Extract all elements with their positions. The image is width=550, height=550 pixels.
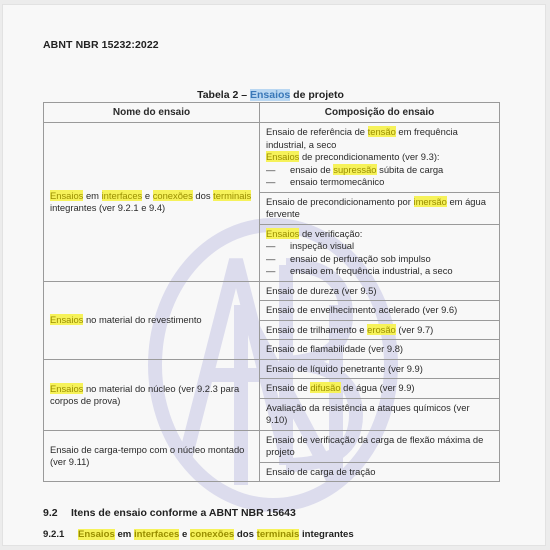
test-composition-cell: Ensaio de dureza (ver 9.5) [260, 281, 500, 301]
highlighted-term: Ensaios [78, 529, 115, 540]
highlighted-term: erosão [367, 324, 396, 335]
text-run: súbita de carga [377, 164, 444, 175]
composition-line: Ensaio de envelhecimento acelerado (ver … [266, 304, 493, 317]
section-title: Ensaios em interfaces e conexões dos ter… [78, 529, 354, 540]
highlighted-term: tensão [368, 126, 396, 137]
composition-line: Ensaio de flamabilidade (ver 9.8) [266, 343, 493, 356]
highlighted-term: Ensaios [50, 314, 83, 325]
highlighted-term: Ensaios [50, 190, 83, 201]
em-dash-bullet: — [266, 164, 290, 177]
text-run: Ensaio de trilhamento e [266, 324, 367, 335]
text-run: de verificação: [299, 228, 362, 239]
test-composition-cell: Ensaios de verificação:—inspeção visual—… [260, 224, 500, 281]
composition-line: Ensaio de difusão de água (ver 9.9) [266, 382, 493, 395]
dash-list-item: —inspeção visual [266, 240, 493, 253]
column-header-composition: Composição do ensaio [260, 103, 500, 123]
table-title: Tabela 2 – Ensaios de projeto [43, 89, 498, 101]
document-page: ABNT NBR 15232:2022 Tabela 2 – Ensaios d… [2, 4, 546, 546]
text-run: em [83, 190, 101, 201]
text-run: (ver 9.7) [396, 324, 434, 335]
table-body: Ensaios em interfaces e conexões dos ter… [44, 123, 500, 482]
test-composition-cell: Ensaio de envelhecimento acelerado (ver … [260, 301, 500, 321]
dash-list-item: —ensaio termomecânico [266, 176, 493, 189]
composition-line: Ensaios de verificação: [266, 228, 493, 241]
text-run: de água (ver 9.9) [341, 382, 415, 393]
highlighted-term: interfaces [102, 190, 143, 201]
text-run: ensaio de [290, 164, 333, 175]
highlighted-term: terminais [257, 529, 300, 540]
text-run: Ensaio de dureza (ver 9.5) [266, 285, 376, 296]
composition-line: Avaliação da resistência a ataques quími… [266, 402, 493, 427]
text-run: integrantes [299, 529, 353, 540]
text-run: Ensaio de flamabilidade (ver 9.8) [266, 343, 403, 354]
table-title-prefix: Tabela 2 – [197, 89, 250, 101]
text-run: Ensaio de [266, 382, 310, 393]
em-dash-bullet: — [266, 176, 290, 189]
column-header-name: Nome do ensaio [44, 103, 260, 123]
section-heading-9-2: 9.2Itens de ensaio conforme a ABNT NBR 1… [43, 507, 296, 519]
composition-line: Ensaio de carga de tração [266, 466, 493, 479]
document-header: ABNT NBR 15232:2022 [43, 39, 159, 51]
test-name-cell: Ensaios em interfaces e conexões dos ter… [44, 123, 260, 282]
selected-text[interactable]: Ensaios [250, 89, 290, 101]
text-run: integrantes (ver 9.2.1 e 9.4) [50, 202, 165, 213]
text-run: Ensaio de precondicionamento por [266, 196, 414, 207]
section-number: 9.2 [43, 507, 71, 519]
test-composition-cell: Ensaio de referência de tensão em frequê… [260, 123, 500, 193]
composition-line: Ensaio de dureza (ver 9.5) [266, 285, 493, 298]
highlighted-term: conexões [190, 529, 234, 540]
table-row: Ensaios no material do revestimentoEnsai… [44, 281, 500, 301]
composition-line: Ensaio de precondicionamento por imersão… [266, 196, 493, 221]
table-row: Ensaios em interfaces e conexões dos ter… [44, 123, 500, 193]
test-composition-cell: Ensaio de líquido penetrante (ver 9.9) [260, 359, 500, 379]
text-run: no material do revestimento [83, 314, 201, 325]
highlighted-term: Ensaios [50, 383, 83, 394]
dash-list-item: —ensaio em frequência industrial, a seco [266, 265, 493, 278]
em-dash-bullet: — [266, 240, 290, 253]
text-run: Ensaio de envelhecimento acelerado (ver … [266, 304, 457, 315]
test-composition-cell: Ensaio de verificação da carga de flexão… [260, 430, 500, 462]
dash-list-item: —ensaio de perfuração sob impulso [266, 253, 493, 266]
composition-line: Ensaio de líquido penetrante (ver 9.9) [266, 363, 493, 376]
composition-line: Ensaio de verificação da carga de flexão… [266, 434, 493, 459]
text-run: Itens de ensaio conforme a ABNT NBR 1564… [71, 507, 296, 519]
text-run: Ensaio de carga-tempo com o núcleo monta… [50, 444, 244, 467]
text-run: em [115, 529, 134, 540]
composition-line: Ensaios de precondicionamento (ver 9.3): [266, 151, 493, 164]
composition-line: Ensaio de referência de tensão em frequê… [266, 126, 493, 151]
composition-line: Ensaio de trilhamento e erosão (ver 9.7) [266, 324, 493, 337]
em-dash-bullet: — [266, 253, 290, 266]
section-number: 9.2.1 [43, 529, 78, 540]
text-run: Ensaio de referência de [266, 126, 368, 137]
em-dash-bullet: — [266, 265, 290, 278]
text-run: ensaio termomecânico [290, 176, 384, 187]
text-run: de precondicionamento (ver 9.3): [299, 151, 439, 162]
test-composition-cell: Ensaio de trilhamento e erosão (ver 9.7) [260, 320, 500, 340]
text-run: dos [193, 190, 213, 201]
section-heading-9-2-1: 9.2.1Ensaios em interfaces e conexões do… [43, 529, 354, 540]
table-row: Ensaio de carga-tempo com o núcleo monta… [44, 430, 500, 462]
highlighted-term: imersão [414, 196, 447, 207]
text-run: ensaio de perfuração sob impulso [290, 253, 431, 264]
text-run: dos [234, 529, 256, 540]
test-composition-cell: Ensaio de difusão de água (ver 9.9) [260, 379, 500, 399]
highlighted-term: difusão [310, 382, 340, 393]
test-composition-cell: Ensaio de flamabilidade (ver 9.8) [260, 340, 500, 360]
test-name-cell: Ensaio de carga-tempo com o núcleo monta… [44, 430, 260, 482]
highlighted-term: Ensaios [266, 228, 299, 239]
test-name-cell: Ensaios no material do núcleo (ver 9.2.3… [44, 359, 260, 430]
highlighted-term: supressão [333, 164, 376, 175]
text-run: Ensaio de verificação da carga de flexão… [266, 434, 483, 458]
tests-table: Nome do ensaio Composição do ensaio Ensa… [43, 102, 500, 482]
test-composition-cell: Ensaio de precondicionamento por imersão… [260, 192, 500, 224]
highlighted-term: conexões [153, 190, 193, 201]
table-header-row: Nome do ensaio Composição do ensaio [44, 103, 500, 123]
highlighted-term: terminais [213, 190, 251, 201]
test-name-cell: Ensaios no material do revestimento [44, 281, 260, 359]
section-title: Itens de ensaio conforme a ABNT NBR 1564… [71, 507, 296, 519]
text-run: inspeção visual [290, 240, 354, 251]
text-run: e [142, 190, 152, 201]
test-composition-cell: Ensaio de carga de tração [260, 462, 500, 482]
table-row: Ensaios no material do núcleo (ver 9.2.3… [44, 359, 500, 379]
dash-list-item: —ensaio de supressão súbita de carga [266, 164, 493, 177]
text-run: Ensaio de líquido penetrante (ver 9.9) [266, 363, 423, 374]
text-run: Ensaio de carga de tração [266, 466, 375, 477]
text-run: e [179, 529, 190, 540]
highlighted-term: Ensaios [266, 151, 299, 162]
text-run: ensaio em frequência industrial, a seco [290, 265, 453, 276]
test-composition-cell: Avaliação da resistência a ataques quími… [260, 398, 500, 430]
text-run: Avaliação da resistência a ataques quími… [266, 402, 470, 426]
highlighted-term: interfaces [134, 529, 179, 540]
table-title-suffix: de projeto [290, 89, 344, 101]
